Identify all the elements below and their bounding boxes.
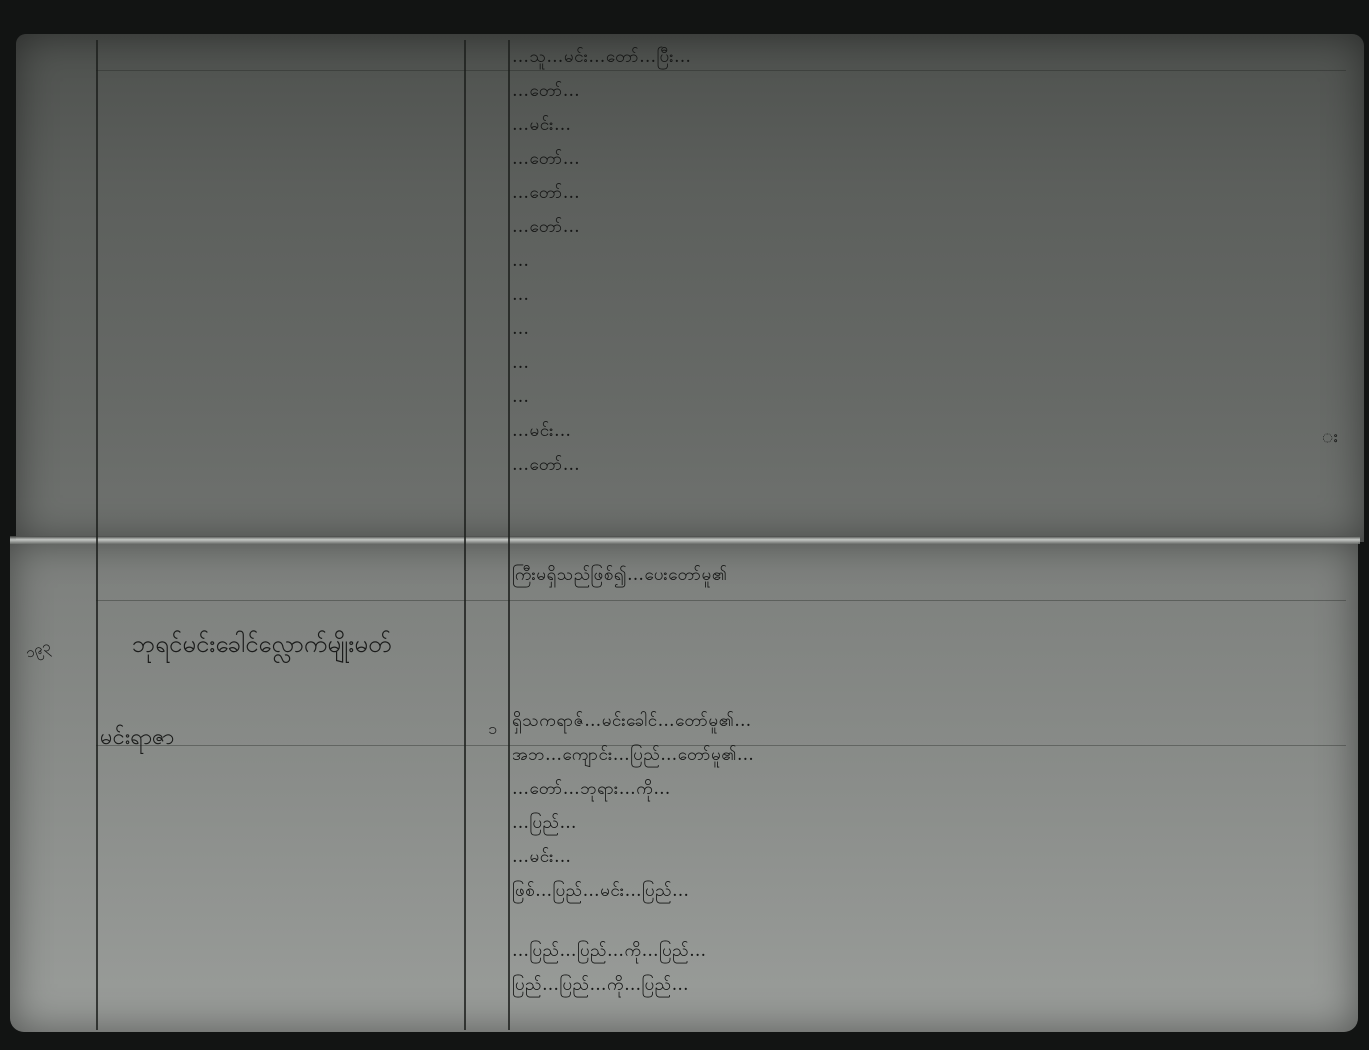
text-line: …ပြည်… [512,808,1342,838]
text-line: အဘ…ကျောင်း…ပြည်…တော်မူ၏… [512,740,1342,770]
page-fold [10,536,1360,544]
text-line: … [512,348,1342,378]
text-line: … [512,280,1342,310]
section-heading: ဘုရင်မင်းခေါင်လ္လောက်မျိုးမတ် [132,628,391,664]
margin-rule-left [96,40,98,1030]
text-line: …တော်…ဘုရား…ကို… [512,774,1342,804]
text-line: …တော်… [512,76,1342,106]
text-line: ပြည်…ပြည်…ကို…ပြည်… [512,970,1342,1000]
text-line: ဖြစ်…ပြည်…မင်း…ပြည်… [512,876,1342,906]
side-mark: း [1322,424,1338,451]
text-line: …မင်း… [512,842,1342,872]
section-subheading: မင်းရာဇာ [100,722,174,755]
text-line: …မင်း… [512,416,1342,446]
text-line: …တော်… [512,450,1342,480]
margin-rule-middle [464,40,466,1030]
margin-rule-text [508,40,510,1030]
text-line: …တော်… [512,144,1342,174]
text-line: … [512,382,1342,412]
text-line: …တော်… [512,178,1342,208]
ruled-line [96,600,1346,601]
text-line: … [512,314,1342,344]
text-line: …သူ…မင်း…တော်…ပြီး… [512,42,1342,72]
text-line: … [512,246,1342,276]
text-line: …ပြည်…ပြည်…ကို…ပြည်… [512,936,1342,966]
text-line: …မင်း… [512,110,1342,140]
text-line: ရှိသကရာဇ်…မင်းခေါင်…တော်မူ၏… [512,706,1342,736]
line-number: ၁ [488,718,497,742]
text-line-continuation: ကြီးမရှိသည်ဖြစ်၍…ပေးတော်မူ၏ [512,560,1342,590]
text-line: …တော်… [512,212,1342,242]
